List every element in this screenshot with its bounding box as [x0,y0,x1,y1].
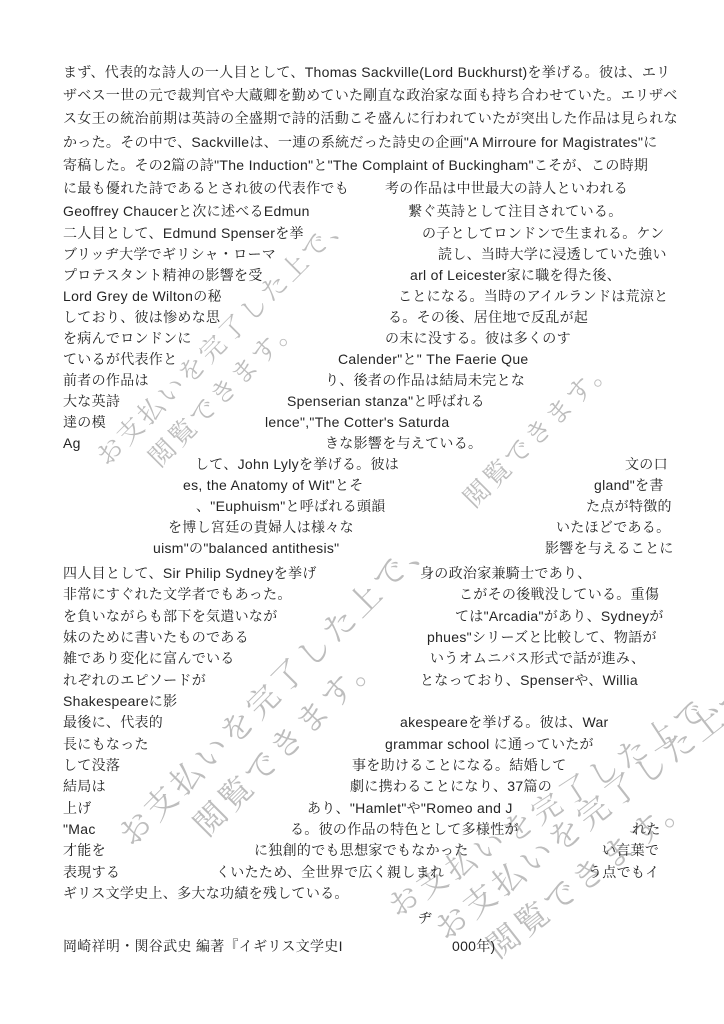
text-line-fragment: 才能を [63,842,106,859]
text-line-fragment: 文の口 [625,456,668,473]
text-line-fragment: ギリス文学史上、多大な功績を残している。 [63,885,349,902]
text-line-fragment: 繋ぐ英詩として注目されている。 [408,203,623,220]
text-line-fragment: に独創的でも思想家でもなかった [254,842,469,859]
text-line-fragment: を病んでロンドンに [63,330,192,347]
text-line-fragment: に最も優れた詩であるとされ彼の代表作でも [63,180,349,197]
text-line-fragment: Spenserian stanza"と呼ばれる [287,393,485,410]
text-line-fragment: きな影響を与えている。 [325,435,482,452]
text-line-fragment: の末に没する。彼は多くのす [385,330,571,347]
text-line-fragment: を負いながらも部下を気遣いなが [63,608,278,625]
text-line-fragment: り、後者の作品は結局未完とな [325,372,525,389]
text-line-fragment: 劇に携わることになり、37篇の [350,778,552,795]
text-line-fragment: しており、彼は惨めな思 [63,309,220,326]
text-line-fragment: こがその後戦没している。重傷 [459,586,659,603]
text-line-fragment: 事を助けることになる。結婚して [352,757,567,774]
text-line-fragment: 上げ [63,800,92,817]
text-line-fragment: 最後に、代表的 [63,714,163,731]
document-text-layer: まず、代表的な詩人の一人目として、Thomas Sackville(Lord B… [0,0,724,1024]
text-line-fragment: phues"シリーズと比較して、物語が [427,629,657,646]
text-line-fragment: あり、"Hamlet"や"Romeo and J [307,800,513,817]
text-line-fragment: ことになる。当時のアイルランドは荒涼と [398,288,668,305]
text-line-fragment: ブリッヂ大学でギリシャ・ローマ [63,246,276,263]
text-line-fragment: して、John Lylyを挙げる。彼は [195,456,399,473]
text-line-fragment: た点が特徴的 [586,498,672,515]
text-line-fragment: して没落 [63,757,120,774]
text-line-fragment: の子としてロンドンで生まれる。ケン [422,225,664,242]
text-line-fragment: 非常にすぐれた文学者でもあった。 [63,586,292,603]
text-line-fragment: uism"の"balanced antithesis" [153,540,339,557]
text-line-fragment: 大な英詩 [63,393,120,410]
text-line-fragment: ザベス一世の元で裁判官や大蔵卿を勤めていた剛直な政治家な面も持ち合わせていた。エ… [63,87,678,104]
text-line-fragment: ヂ [418,910,432,927]
text-line-fragment: gland"を書 [594,477,664,494]
text-line-fragment: 長にもなった [63,736,149,753]
text-line-fragment: プロテスタント精神の影響を受 [63,267,263,284]
text-line-fragment: れた [632,821,661,838]
text-line-fragment: Ag [63,435,81,452]
text-line-fragment: 考の作品は中世最大の詩人といわれる [385,180,628,197]
text-line-fragment: 表現する [63,864,120,881]
text-line-fragment: くいたため、全世界で広く親しまれ [216,864,444,881]
text-line-fragment: grammar school に通っていたが [385,736,594,753]
text-line-fragment: い言葉で [602,842,659,859]
text-line-fragment: Geoffrey Chaucerと次に述べるEdmun [63,203,310,220]
text-line-fragment: かった。その中で、Sackvilleは、一連の系統だった詩史の企画"A Mirr… [63,134,658,151]
text-line-fragment: 四人目として、Sir Philip Sydneyを挙げ [63,565,317,582]
text-line-fragment: 000年) [452,938,496,955]
text-line-fragment: 二人目として、Edmund Spenserを挙 [63,225,304,242]
text-line-fragment: akespeareを挙げる。彼は、War [400,714,609,731]
text-line-fragment: Lord Grey de Wiltonの秘 [63,288,222,305]
text-line-fragment: となっており、Spenserや、Willia [420,672,638,689]
text-line-fragment: Calender"と" The Faerie Que [338,351,529,368]
text-line-fragment: 岡崎祥明・関谷武史 編著『イギリス文学史I [63,938,343,955]
text-line-fragment: 、"Euphuism"と呼ばれる頭韻 [196,498,386,515]
text-line-fragment: 雑であり変化に富んでいる [63,650,235,667]
text-line-fragment: 達の模 [63,414,106,431]
text-line-fragment: いうオムニバス形式で話が進み、 [430,650,645,667]
text-line-fragment: es, the Anatomy of Wit"とそ [183,477,364,494]
text-line-fragment: 前者の作品は [63,372,149,389]
text-line-fragment: まず、代表的な詩人の一人目として、Thomas Sackville(Lord B… [63,64,670,81]
text-line-fragment: 身の政治家兼騎士であり、 [420,565,592,582]
text-line-fragment: Shakespeareに影 [63,693,177,710]
text-line-fragment: る。彼の作品の特色として多様性が [290,821,519,838]
text-line-fragment: 寄稿した。その2篇の詩"The Induction"と"The Complain… [63,157,648,174]
text-line-fragment: ては"Arcadia"があり、Sydneyが [455,608,664,625]
text-line-fragment: れぞれのエピソードが [63,672,206,689]
text-line-fragment: ス女王の統治前期は英詩の全盛期で詩的活動こそ盛んに行われていたが突出した作品は見… [63,110,678,127]
document-page: お支払いを完了した上で、閲覧できます。閲覧できます。お支払いを完了した上で、閲覧… [0,0,724,1024]
text-line-fragment: 影響を与えることに [545,540,674,557]
text-line-fragment: 読し、当時大学に浸透していた強い [438,246,667,263]
text-line-fragment: "Mac [63,821,96,838]
text-line-fragment: 妹のために書いたものである [63,629,249,646]
text-line-fragment: う点でもイ [588,864,660,881]
text-line-fragment: る。その後、居住地で反乱が起 [388,309,588,326]
text-line-fragment: いたほどである。 [556,519,670,536]
text-line-fragment: を博し宮廷の貴婦人は様々な [168,519,354,536]
text-line-fragment: 結局は [63,778,106,795]
text-line-fragment: ているが代表作と [63,351,177,368]
text-line-fragment: lence","The Cotter's Saturda [265,414,449,431]
text-line-fragment: arl of Leicester家に職を得た後、 [410,267,621,284]
